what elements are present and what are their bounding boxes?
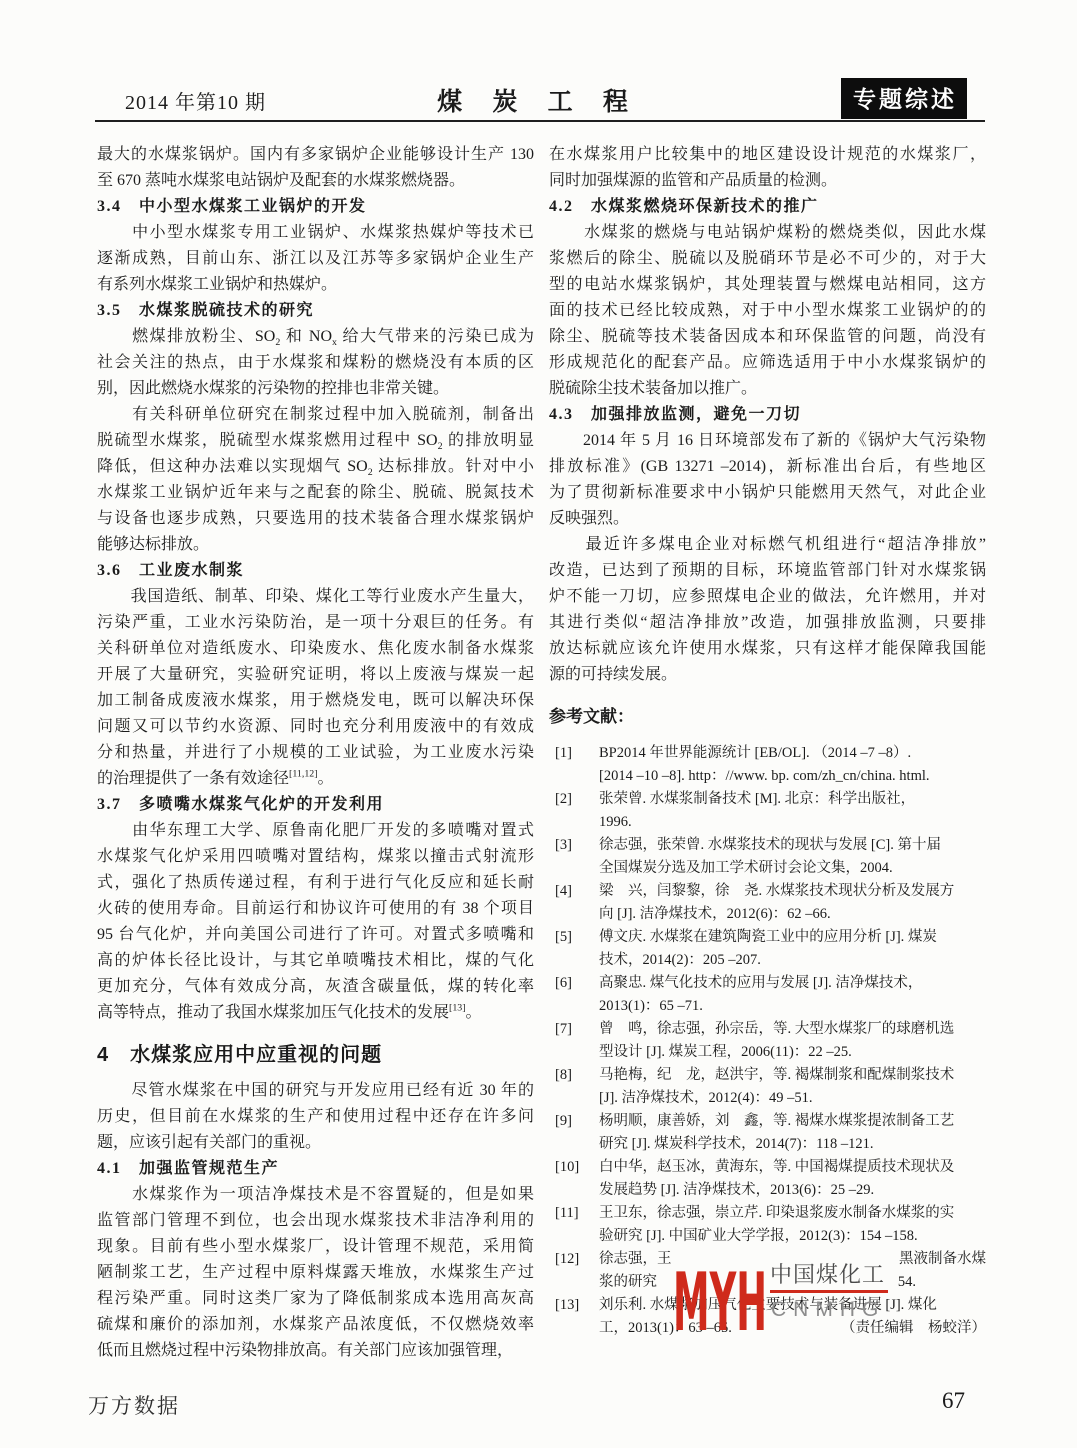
reference-item: 发展趋势 [J]. 洁净煤技术，2013(6)：25 –29.	[549, 1179, 986, 1202]
reference-item: [7]曾 鸣，徐志强，孙宗岳，等. 大型水煤浆厂的球磨机选	[549, 1018, 986, 1041]
body-text-line: 最大的水煤浆锅炉。国内有多家锅炉企业能够设计生产 130	[97, 142, 534, 168]
reference-item: [11]王卫东，徐志强，崇立芹. 印染退浆废水制备水煤浆的实	[549, 1202, 986, 1225]
reference-item: [2]张荣曾. 水煤浆制备技术 [M]. 北京：科学出版社，	[549, 788, 986, 811]
cnmhg-logo-icon: MYH	[676, 1254, 766, 1346]
reference-item: [1]BP2014 年世界能源统计 [EB/OL]. （2014 –7 –8）.	[549, 742, 986, 765]
reference-number: [4]	[549, 880, 599, 903]
body-text-line: 脱硫除尘技术装备加以推广。	[549, 376, 986, 402]
reference-item: [5]傅文庆. 水煤浆在建筑陶瓷工业中的应用分析 [J]. 煤炭	[549, 926, 986, 949]
section-heading: 3.6 工业废水制浆	[97, 558, 534, 584]
body-text-line: 题，应该引起有关部门的重视。	[97, 1130, 534, 1156]
reference-item: 1996.	[549, 811, 986, 834]
body-text-line: 高的炉体长径比设计，与其它单喷嘴技术相比，煤的气化	[97, 948, 534, 974]
body-text-line: 有关科研单位研究在制浆过程中加入脱硫剂，制备出	[97, 402, 534, 428]
body-text-line: 我国造纸、制革、印染、煤化工等行业废水产生量大，	[97, 584, 534, 610]
body-text-line: 至 670 蒸吨水煤浆电站锅炉及配套的水煤浆燃烧器。	[97, 168, 534, 194]
reference-item: [3]徐志强，张荣曾. 水煤浆技术的现状与发展 [C]. 第十届	[549, 834, 986, 857]
body-text-line: 水煤浆工业锅炉近年来与之配套的除尘、脱硫、脱氮技术	[97, 480, 534, 506]
body-text-line: 尽管水煤浆在中国的研究与开发应用已经有近 30 年的	[97, 1078, 534, 1104]
reference-item: [10]白中华，赵玉冰，黄海东，等. 中国褐煤提质技术现状及	[549, 1156, 986, 1179]
body-text-line: 污染严重，工业水污染防治，是一项十分艰巨的任务。有	[97, 610, 534, 636]
body-text-line: 源的可持续发展。	[549, 662, 986, 688]
body-text-line: 反映强烈。	[549, 506, 986, 532]
body-text-line: 燃煤排放粉尘、SO2 和 NOx 给大气带来的污染已成为	[97, 324, 534, 350]
body-text-line: 浆燃后的除尘、脱硫以及脱硝环节是必不可少的，对于大	[549, 246, 986, 272]
right-column: 在水煤浆用户比较集中的地区建设设计规范的水煤浆厂，同时加强煤源的监管和产品质量的…	[549, 142, 986, 1340]
body-text-line: 其进行类似“超洁净排放”改造，加强排放监测，只要排	[549, 610, 986, 636]
reference-item: 研究 [J]. 煤炭科学技术，2014(7)：118 –121.	[549, 1133, 986, 1156]
reference-item: 技术，2014(2)：205 –207.	[549, 949, 986, 972]
reference-number: [13]	[549, 1294, 599, 1317]
body-text-line: 面的技术已经比较成熟，对于中小型水煤浆工业锅炉的的	[549, 298, 986, 324]
body-text-line: 95 台气化炉，并向美国公司进行了许可。对置式多喷嘴和	[97, 922, 534, 948]
body-text-line: 现象。目前有些小型水煤浆厂，设计管理不规范，采用简	[97, 1234, 534, 1260]
body-text-line: 除尘、脱硫等技术装备因成本和环保监管的问题，尚没有	[549, 324, 986, 350]
page-number: 67	[942, 1388, 965, 1414]
body-text-line: 硫煤和廉价的添加剂，水煤浆产品浓度低，不仅燃烧效率	[97, 1312, 534, 1338]
body-text-line: 型的电站水煤浆锅炉，其处理装置与燃煤电站相同，这方	[549, 272, 986, 298]
reference-item: [J]. 洁净煤技术，2012(4)：49 –51.	[549, 1087, 986, 1110]
body-text-line: 分和热量，并进行了小规模的工业试验，为工业废水污染	[97, 740, 534, 766]
section-heading: 4 水煤浆应用中应重视的问题	[97, 1042, 534, 1068]
reference-number: [7]	[549, 1018, 599, 1041]
reference-item: 全国煤炭分选及加工学术研讨会论文集，2004.	[549, 857, 986, 880]
body-text-line: 程污染严重。同时这类厂家为了降低制浆成本选用高灰高	[97, 1286, 534, 1312]
svg-text:MYH: MYH	[676, 1256, 766, 1346]
section-heading: 4.3 加强排放监测，避免一刀切	[549, 402, 986, 428]
reference-item: [8]马艳梅，纪 龙，赵洪宇，等. 褐煤制浆和配煤制浆技术	[549, 1064, 986, 1087]
body-text-line: 水煤浆的燃烧与电站锅炉煤粉的燃烧类似，因此水煤	[549, 220, 986, 246]
reference-number: [2]	[549, 788, 599, 811]
reference-number: [11]	[549, 1202, 599, 1225]
body-text-line: 社会关注的热点，由于水煤浆和煤粉的燃烧没有本质的区	[97, 350, 534, 376]
body-text-line: 在水煤浆用户比较集中的地区建设设计规范的水煤浆厂，	[549, 142, 986, 168]
watermark-cn-text: 中国煤化工	[770, 1258, 890, 1289]
body-text-line: 火砖的使用寿命。目前运行和协议许可使用的有 38 个项目	[97, 896, 534, 922]
reference-item: [9]杨明顺，康善娇，刘 鑫，等. 褐煤水煤浆提浓制备工艺	[549, 1110, 986, 1133]
body-text-line: 排放标准》(GB 13271 –2014)，新标准出台后，有些地区	[549, 454, 986, 480]
body-text-line: 加工制备成废液水煤浆，用于燃烧发电，既可以解决环保	[97, 688, 534, 714]
body-text-line: 形成规范化的配套产品。应筛选适用于中小水煤浆锅炉的	[549, 350, 986, 376]
body-text-line: 有系列水煤浆工业锅炉和热媒炉。	[97, 272, 534, 298]
watermark-underline	[770, 1290, 888, 1293]
reference-number: [1]	[549, 742, 599, 765]
section-heading: 3.4 中小型水煤浆工业锅炉的开发	[97, 194, 534, 220]
body-text-line: 历史，但目前在水煤浆的生产和使用过程中还存在许多问	[97, 1104, 534, 1130]
body-text-line: 脱硫型水煤浆，脱硫型水煤浆燃用过程中 SO2 的排放明显	[97, 428, 534, 454]
reference-number: [6]	[549, 972, 599, 995]
body-text-line: 低而且燃烧过程中污染物排放高。有关部门应该加强管理，	[97, 1338, 534, 1364]
body-text-line: 的治理提供了一条有效途径[11,12]。	[97, 766, 534, 792]
reference-number: [12]	[549, 1248, 599, 1271]
section-heading: 4.1 加强监管规范生产	[97, 1156, 534, 1182]
reference-item: 2013(1)：65 –71.	[549, 995, 986, 1018]
references-heading: 参考文献：	[549, 704, 986, 730]
reference-item: 向 [J]. 洁净煤技术，2012(6)：62 –66.	[549, 903, 986, 926]
body-text-line: 关科研单位对造纸废水、印染废水、焦化废水制备水煤浆	[97, 636, 534, 662]
body-text-line: 最近许多煤电企业对标燃气机组进行“超洁净排放”	[549, 532, 986, 558]
body-text-line: 降低，但这种办法难以实现烟气 SO2 达标排放。针对中小	[97, 454, 534, 480]
body-text-line: 陋制浆工艺，生产过程中原料煤露天堆放，水煤浆生产过	[97, 1260, 534, 1286]
body-text-line: 监管部门管理不到位，也会出现水煤浆技术非洁净利用的	[97, 1208, 534, 1234]
topic-badge: 专题综述	[841, 78, 967, 119]
reference-item: [6]高聚忠. 煤气化技术的应用与发展 [J]. 洁净煤技术，	[549, 972, 986, 995]
reference-number: [10]	[549, 1156, 599, 1179]
body-text-line: 与设备也逐步成熟，只要选用的技术装备合理水煤浆锅炉	[97, 506, 534, 532]
section-heading: 4.2 水煤浆燃烧环保新技术的推广	[549, 194, 986, 220]
reference-number: [3]	[549, 834, 599, 857]
body-text-line: 更加充分，气体有效成分高，灰渣含碳量低，煤的转化率	[97, 974, 534, 1000]
body-text-line: 改造，已达到了预期的目标，环境监管部门针对水煤浆锅	[549, 558, 986, 584]
body-text-line: 开展了大量研究，实验研究证明，将以上废液与煤炭一起	[97, 662, 534, 688]
reference-number: [8]	[549, 1064, 599, 1087]
reference-item: [2014 –10 –8]. http：//www. bp. com/zh_cn…	[549, 765, 986, 788]
journal-page: 2014 年第10 期 煤 炭 工 程 专题综述 最大的水煤浆锅炉。国内有多家锅…	[0, 0, 1077, 1448]
body-text-line: 式，强化了热质传递过程，有利于进行气化反应和延长耐	[97, 870, 534, 896]
watermark-cnmhg: MYH 中国煤化工 CNMHG	[676, 1254, 996, 1350]
body-text-line: 炉不能一刀切，应参照煤电企业的做法，允许燃用，并对	[549, 584, 986, 610]
watermark-en-text: CNMHG	[771, 1298, 885, 1322]
body-text-line: 水煤浆作为一项洁净煤技术是不容置疑的，但是如果	[97, 1182, 534, 1208]
body-text-line: 中小型水煤浆专用工业锅炉、水煤浆热媒炉等技术已	[97, 220, 534, 246]
body-text-line: 能够达标排放。	[97, 532, 534, 558]
reference-item: [4]梁 兴，闫黎黎，徐 尧. 水煤浆技术现状分析及发展方	[549, 880, 986, 903]
reference-number: [5]	[549, 926, 599, 949]
body-text-line: 问题又可以节约水资源、同时也充分利用废液中的有效成	[97, 714, 534, 740]
section-heading: 3.7 多喷嘴水煤浆气化炉的开发利用	[97, 792, 534, 818]
body-text-line: 水煤浆气化炉采用四喷嘴对置结构，煤浆以撞击式射流形	[97, 844, 534, 870]
body-text-line: 逐渐成熟，目前山东、浙江以及江苏等多家锅炉企业生产	[97, 246, 534, 272]
body-text-line: 同时加强煤源的监管和产品质量的检测。	[549, 168, 986, 194]
section-heading: 3.5 水煤浆脱硫技术的研究	[97, 298, 534, 324]
body-text-line: 由华东理工大学、原鲁南化肥厂开发的多喷嘴对置式	[97, 818, 534, 844]
body-text-line: 放达标就应该允许使用水煤浆，只有这样才能保障我国能	[549, 636, 986, 662]
reference-number: [9]	[549, 1110, 599, 1133]
body-text-line: 为了贯彻新标准要求中小锅炉只能燃用天然气，对此企业	[549, 480, 986, 506]
body-text-line: 2014 年 5 月 16 日环境部发布了新的《锅炉大气污染物	[549, 428, 986, 454]
body-text-line: 别，因此燃烧水煤浆的污染物的控排也非常关键。	[97, 376, 534, 402]
reference-item: 验研究 [J]. 中国矿业大学学报，2012(3)：154 –158.	[549, 1225, 986, 1248]
header-rule	[95, 120, 985, 122]
body-text-line: 高等特点，推动了我国水煤浆加压气化技术的发展[13]。	[97, 1000, 534, 1026]
reference-item: 型设计 [J]. 煤炭工程，2006(11)：22 –25.	[549, 1041, 986, 1064]
wanfang-data-mark: 万方数据	[88, 1390, 180, 1420]
left-column: 最大的水煤浆锅炉。国内有多家锅炉企业能够设计生产 130至 670 蒸吨水煤浆电…	[97, 142, 534, 1364]
